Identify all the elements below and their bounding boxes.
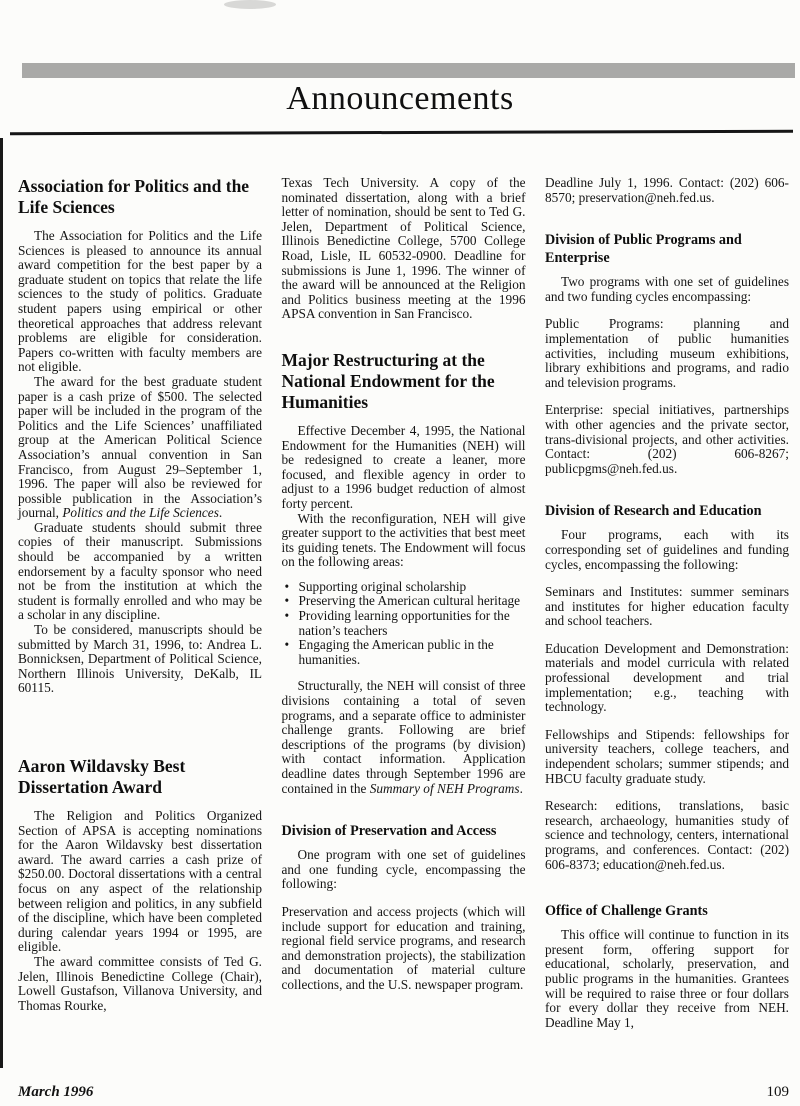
section-heading-neh: Major Restructuring at the National Endo… — [282, 350, 526, 413]
paragraph: Fellowships and Stipends: fellowships fo… — [545, 728, 789, 786]
paragraph: Effective December 4, 1995, the National… — [282, 424, 526, 512]
footer-issue-date: March 1996 — [18, 1084, 93, 1101]
paragraph: The Association for Politics and the Lif… — [18, 229, 262, 375]
paragraph: This office will continue to function in… — [545, 928, 789, 1030]
paragraph-text: The award for the best graduate student … — [18, 374, 262, 520]
paragraph: Enterprise: special initiatives, partner… — [545, 403, 789, 476]
list-item: Preserving the American cultural heritag… — [282, 594, 526, 609]
paragraph: Structurally, the NEH will consist of th… — [282, 679, 526, 796]
paragraph: Two programs with one set of guidelines … — [545, 275, 789, 304]
footer-page-number: 109 — [767, 1084, 790, 1101]
paragraph: Four programs, each with its correspondi… — [545, 528, 789, 572]
section-heading-apls: Association for Politics and the Life Sc… — [18, 176, 262, 218]
paragraph: To be considered, manuscripts should be … — [18, 623, 262, 696]
paragraph-continuation: Deadline July 1, 1996. Contact: (202) 60… — [545, 176, 789, 205]
paragraph: The Religion and Politics Organized Sect… — [18, 809, 262, 955]
paragraph: Education Development and Demonstration:… — [545, 642, 789, 715]
paragraph: Public Programs: planning and implementa… — [545, 317, 789, 390]
paragraph-text: . — [520, 781, 523, 796]
header-gray-bar — [22, 63, 795, 78]
page-title: Announcements — [0, 80, 800, 118]
paragraph-continuation: Texas Tech University. A copy of the nom… — [282, 176, 526, 322]
list-item: Supporting original scholarship — [282, 580, 526, 595]
scan-edge-artifact — [0, 138, 3, 1068]
paragraph: With the reconfiguration, NEH will give … — [282, 512, 526, 570]
title-rule — [10, 130, 793, 135]
paragraph: Seminars and Institutes: summer seminars… — [545, 585, 789, 629]
neh-focus-list: Supporting original scholarship Preservi… — [282, 580, 526, 668]
subheading-research-education: Division of Research and Education — [545, 502, 789, 520]
subheading-preservation-access: Division of Preservation and Access — [282, 822, 526, 840]
journal-title-italic: Politics and the Life Sciences — [62, 505, 219, 520]
paragraph: The award committee consists of Ted G. J… — [18, 955, 262, 1013]
paragraph: The award for the best graduate student … — [18, 375, 262, 521]
paragraph-text: . — [219, 505, 222, 520]
paragraph: One program with one set of guidelines a… — [282, 848, 526, 892]
list-item: Providing learning opportunities for the… — [282, 609, 526, 638]
scan-smudge-artifact — [224, 0, 276, 9]
journal-page: Announcements Association for Politics a… — [0, 0, 800, 1106]
list-item: Engaging the American public in the huma… — [282, 638, 526, 667]
column-3: Deadline July 1, 1996. Contact: (202) 60… — [545, 176, 789, 1030]
paragraph-text: Structurally, the NEH will consist of th… — [282, 678, 526, 795]
content-columns: Association for Politics and the Life Sc… — [18, 176, 789, 1030]
section-heading-wildavsky: Aaron Wildavsky Best Dissertation Award — [18, 756, 262, 798]
paragraph: Preservation and access projects (which … — [282, 905, 526, 993]
subheading-public-programs: Division of Public Programs and Enterpri… — [545, 231, 789, 267]
column-2: Texas Tech University. A copy of the nom… — [282, 176, 526, 1030]
paragraph: Graduate students should submit three co… — [18, 521, 262, 623]
column-1: Association for Politics and the Life Sc… — [18, 176, 262, 1030]
paragraph: Research: editions, translations, basic … — [545, 799, 789, 872]
subheading-challenge-grants: Office of Challenge Grants — [545, 902, 789, 920]
journal-title-italic: Summary of NEH Programs — [370, 781, 520, 796]
